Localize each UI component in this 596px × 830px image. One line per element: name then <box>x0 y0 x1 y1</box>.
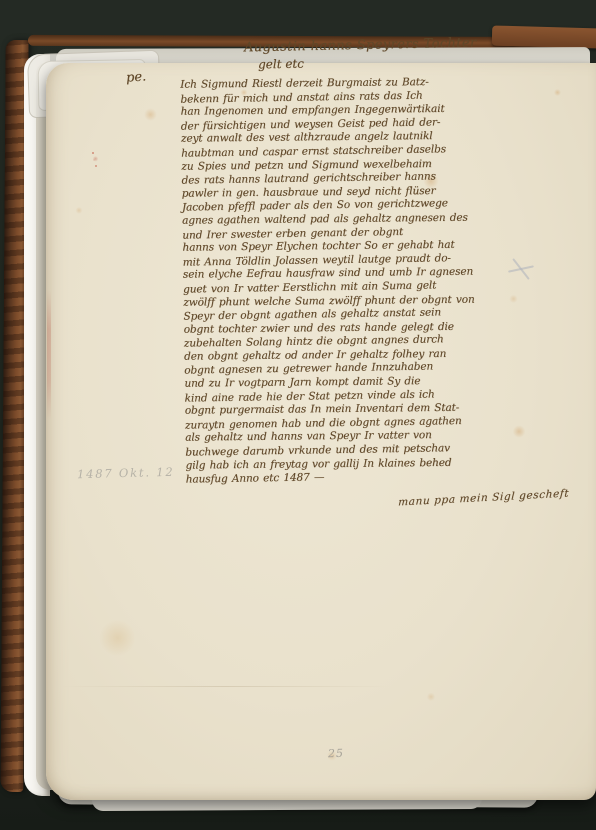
page-number: 25 <box>328 747 344 761</box>
manuscript-header-line2: gelt etc <box>258 57 304 72</box>
margin-abbreviation-mark: pe. <box>126 69 147 85</box>
paper-crease <box>60 686 390 687</box>
manuscript-text-block: Ich Sigmund Riestl derzeit Burgmaist zu … <box>180 75 502 487</box>
red-stain-page-edge <box>47 290 51 420</box>
manuscript-photo: Augustin hanns Speyrers Tochter gelt etc… <box>0 0 596 830</box>
archivist-date-note: 1487 Okt. 12 <box>77 465 175 482</box>
book-corner-leather <box>492 25 596 48</box>
red-ink-specks <box>92 152 94 154</box>
